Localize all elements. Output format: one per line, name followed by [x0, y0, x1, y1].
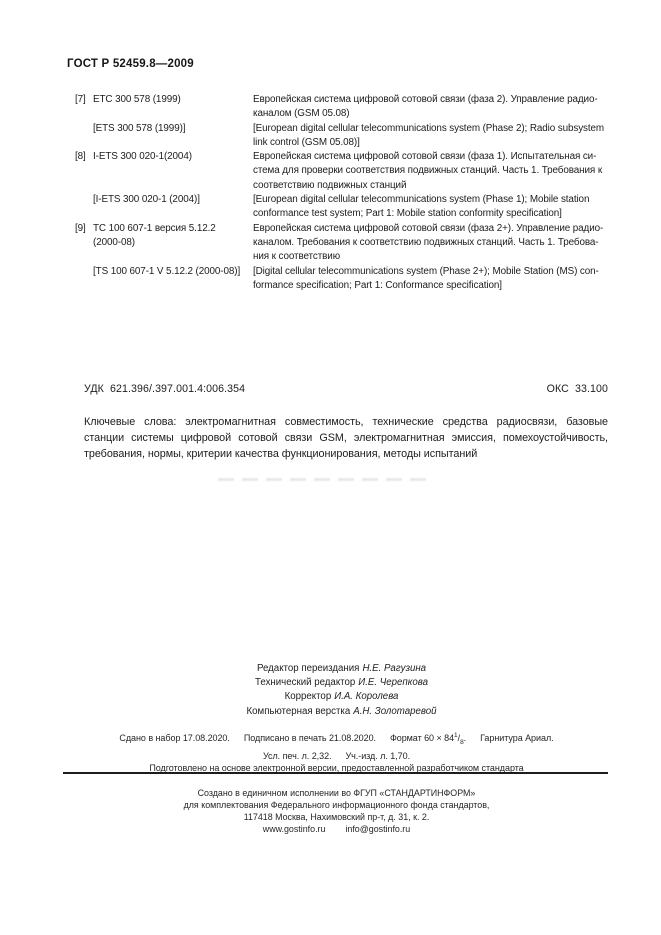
ref-number-spacer [75, 265, 93, 294]
publisher-email: info@gostinfo.ru [345, 823, 410, 835]
bibliography-entry: [9] ТС 100 607-1 версия 5.12.2 (2000-08)… [75, 222, 610, 293]
credit-line: Технический редакторИ.Е. Черепкова [76, 676, 607, 690]
set-date: Сдано в набор 17.08.2020. [119, 732, 229, 745]
publisher-website: www.gostinfo.ru [263, 823, 326, 835]
credit-role: Компьютерная верстка [247, 706, 351, 717]
ref-id-ru: I-ETS 300 020-1(2004) [93, 150, 253, 193]
credit-name: А.Н. Золотаревой [353, 706, 436, 717]
credit-name: И.А. Королева [334, 691, 398, 702]
typeface: Гарнитура Ариал. [480, 732, 554, 745]
footer-divider [63, 772, 608, 774]
credit-line: КорректорИ.А. Королева [76, 690, 607, 704]
ref-description-en: [Digital cellular telecommunications sys… [253, 265, 610, 294]
credits-block: Редактор переизданияН.Е. Рагузина Технич… [76, 662, 607, 719]
classification-row: УДК 621.396/.397.001.4:006.354 ОКС 33.10… [84, 383, 608, 395]
bibliography-entry: [7] ЕТС 300 578 (1999) Европейская систе… [75, 93, 610, 150]
credit-line: Компьютерная версткаА.Н. Золотаревой [76, 705, 607, 719]
credit-name: И.Е. Черепкова [358, 677, 428, 688]
print-info-line-1: Сдано в набор 17.08.2020.Подписано в печ… [65, 730, 608, 750]
ref-description-en: [European digital cellular telecommunica… [253, 122, 610, 151]
credit-name: Н.Е. Рагузина [362, 663, 426, 674]
publication-sheets: Уч.-изд. л. 1,70. [345, 750, 410, 763]
ref-description-en: [European digital cellular telecommunica… [253, 193, 610, 222]
ref-number: [9] [75, 222, 93, 265]
credit-role: Корректор [285, 691, 332, 702]
conditional-sheets: Усл. печ. л. 2,32. [263, 750, 332, 763]
paper-format: Формат 60 × 841/8. [390, 730, 466, 750]
ref-description-ru: Европейская система цифровой сотовой свя… [253, 222, 610, 265]
ref-id-en: [I-ETS 300 020-1 (2004)] [93, 193, 253, 222]
bibliography-section: [7] ЕТС 300 578 (1999) Европейская систе… [75, 93, 610, 293]
keywords-paragraph: Ключевые слова: электромагнитная совмест… [84, 414, 608, 463]
print-info-line-2: Усл. печ. л. 2,32.Уч.-изд. л. 1,70. [65, 750, 608, 763]
document-page: ГОСТ Р 52459.8—2009 [7] ЕТС 300 578 (199… [0, 0, 661, 935]
ref-number-spacer [75, 122, 93, 151]
publisher-address: 117418 Москва, Нахимовский пр-т, д. 31, … [65, 811, 608, 823]
ref-number: [8] [75, 150, 93, 193]
credit-role: Редактор переиздания [257, 663, 360, 674]
ref-description-ru: Европейская система цифровой сотовой свя… [253, 150, 610, 193]
ref-number: [7] [75, 93, 93, 122]
scan-artifact [218, 478, 430, 481]
ref-id-en: [TS 100 607-1 V 5.12.2 (2000-08)] [93, 265, 253, 294]
ref-id-ru: ЕТС 300 578 (1999) [93, 93, 253, 122]
ref-id-en: [ETS 300 578 (1999)] [93, 122, 253, 151]
publisher-contacts: www.gostinfo.ruinfo@gostinfo.ru [65, 823, 608, 835]
print-info-block: Сдано в набор 17.08.2020.Подписано в печ… [65, 730, 608, 775]
ref-number-spacer [75, 193, 93, 222]
credit-role: Технический редактор [255, 677, 355, 688]
bibliography-entry: [8] I-ETS 300 020-1(2004) Европейская си… [75, 150, 610, 221]
publisher-line-1: Создано в единичном исполнении во ФГУП «… [65, 787, 608, 799]
ref-id-ru: ТС 100 607-1 версия 5.12.2 (2000-08) [93, 222, 253, 265]
publisher-line-2: для комплектования Федерального информац… [65, 799, 608, 811]
oks-code: ОКС 33.100 [547, 383, 608, 395]
publisher-block: Создано в единичном исполнении во ФГУП «… [65, 787, 608, 835]
udk-code: УДК 621.396/.397.001.4:006.354 [84, 383, 245, 395]
sign-date: Подписано в печать 21.08.2020. [244, 732, 376, 745]
standard-number: ГОСТ Р 52459.8—2009 [67, 58, 194, 70]
ref-description-ru: Европейская система цифровой сотовой свя… [253, 93, 610, 122]
credit-line: Редактор переизданияН.Е. Рагузина [76, 662, 607, 676]
